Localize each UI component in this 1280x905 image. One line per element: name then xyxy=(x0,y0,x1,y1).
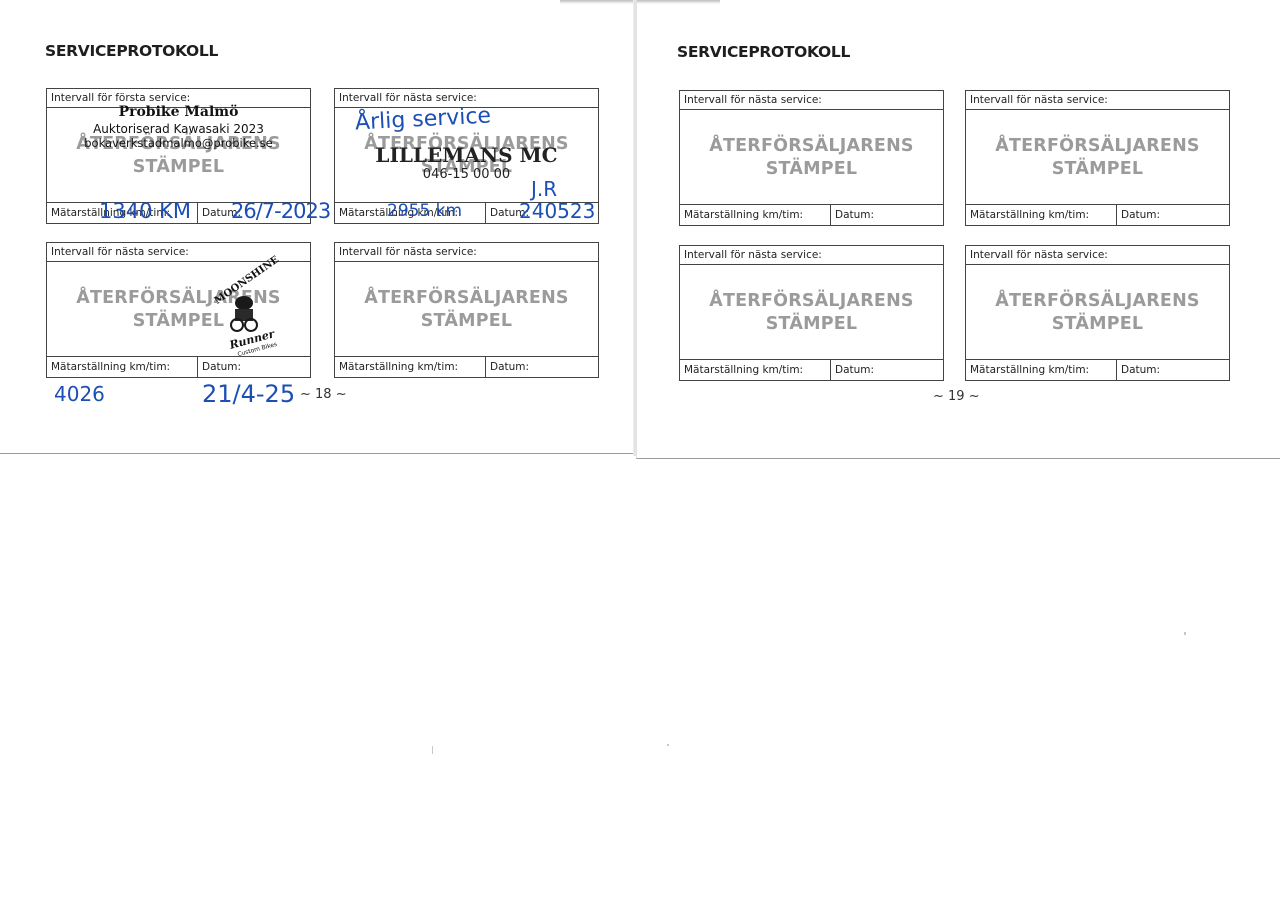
stamp-placeholder-line2: STÄMPEL xyxy=(47,156,310,179)
stamp-placeholder-line1: ÅTERFÖRSÄLJARENS xyxy=(680,290,943,313)
dealer-stamp-name: Probike Malmö xyxy=(47,104,310,120)
rider-illustration-icon xyxy=(227,293,261,333)
odometer-label: Mätarställning km/tim: xyxy=(51,357,170,377)
page-number: ~ 19 ~ xyxy=(933,389,980,404)
stamp-placeholder: ÅTERFÖRSÄLJARENS STÄMPEL xyxy=(966,290,1229,336)
handwritten-odometer: 2955 km xyxy=(387,201,462,221)
stamp-placeholder-line1: ÅTERFÖRSÄLJARENS xyxy=(966,135,1229,158)
handwritten-initials: J.R xyxy=(531,177,557,201)
service-record-box-5: Intervall för nästa service: ÅTERFÖRSÄLJ… xyxy=(679,90,944,226)
stamp-placeholder-line1: ÅTERFÖRSÄLJARENS xyxy=(680,135,943,158)
box-footer: Mätarställning km/tim: Datum: xyxy=(47,356,310,377)
odometer-label: Mätarställning km/tim: xyxy=(970,360,1089,380)
dealer-stamp-phone: 046-15 00 00 xyxy=(335,167,598,182)
handwritten-odometer: 1340 KM xyxy=(99,199,191,223)
stamp-placeholder-line1: ÅTERFÖRSÄLJARENS xyxy=(335,287,598,310)
page-heading: SERVICEPROTOKOLL xyxy=(677,43,850,61)
stamp-placeholder: ÅTERFÖRSÄLJARENS STÄMPEL xyxy=(335,287,598,333)
service-record-box-1: Intervall för första service: ÅTERFÖRSÄL… xyxy=(46,88,311,224)
box-footer: Mätarställning km/tim: Datum: xyxy=(680,204,943,225)
footer-divider xyxy=(485,203,486,223)
stamp-placeholder: ÅTERFÖRSÄLJARENS STÄMPEL xyxy=(966,135,1229,181)
stamp-placeholder-line2: STÄMPEL xyxy=(966,158,1229,181)
stamp-placeholder-line2: STÄMPEL xyxy=(680,313,943,336)
service-record-box-6: Intervall för nästa service: ÅTERFÖRSÄLJ… xyxy=(965,90,1230,226)
date-label: Datum: xyxy=(835,205,874,225)
date-label: Datum: xyxy=(1121,205,1160,225)
date-label: Datum: xyxy=(490,357,529,377)
service-record-box-7: Intervall för nästa service: ÅTERFÖRSÄLJ… xyxy=(679,245,944,381)
stamp-placeholder: ÅTERFÖRSÄLJARENS STÄMPEL xyxy=(680,135,943,181)
page-heading: SERVICEPROTOKOLL xyxy=(45,42,218,60)
odometer-label: Mätarställning km/tim: xyxy=(970,205,1089,225)
booklet-spread: SERVICEPROTOKOLL Intervall för första se… xyxy=(0,0,1280,460)
date-label: Datum: xyxy=(202,357,241,377)
stamp-placeholder-line2: STÄMPEL xyxy=(680,158,943,181)
service-record-box-4: Intervall för nästa service: ÅTERFÖRSÄLJ… xyxy=(334,242,599,378)
date-label: Datum: xyxy=(1121,360,1160,380)
box-footer: Mätarställning km/tim: Datum: xyxy=(680,359,943,380)
handwritten-date-box-3: 21/4-25 xyxy=(202,380,295,408)
interval-label: Intervall för nästa service: xyxy=(680,91,943,110)
interval-label: Intervall för nästa service: xyxy=(680,246,943,265)
odometer-label: Mätarställning km/tim: xyxy=(339,357,458,377)
handwritten-odometer-box-3: 4026 xyxy=(54,382,105,406)
box-footer: Mätarställning km/tim: Datum: xyxy=(335,356,598,377)
box-footer: Mätarställning km/tim: Datum: xyxy=(966,204,1229,225)
stamp-placeholder: ÅTERFÖRSÄLJARENS STÄMPEL xyxy=(680,290,943,336)
odometer-label: Mätarställning km/tim: xyxy=(684,360,803,380)
handwritten-note: Årlig service xyxy=(354,103,491,135)
box-footer: Mätarställning km/tim: Datum: xyxy=(966,359,1229,380)
footer-divider xyxy=(830,205,831,225)
interval-label: Intervall för nästa service: xyxy=(335,243,598,262)
scan-speck xyxy=(432,746,433,754)
scan-speck xyxy=(1184,632,1186,635)
stamp-placeholder-line2: STÄMPEL xyxy=(335,310,598,333)
handwritten-date: 26/7-2023 xyxy=(231,199,330,223)
moonshine-runner-stamp: MOONSHINE Runner Custom Bikes xyxy=(215,269,275,359)
page-number: ~ 18 ~ xyxy=(300,387,347,402)
service-record-box-2: Intervall för nästa service: ÅTERFÖRSÄLJ… xyxy=(334,88,599,224)
stamp-placeholder-line1: ÅTERFÖRSÄLJARENS xyxy=(966,290,1229,313)
interval-label: Intervall för nästa service: xyxy=(966,91,1229,110)
footer-divider xyxy=(197,357,198,377)
footer-divider xyxy=(1116,360,1117,380)
stamp-placeholder-line2: STÄMPEL xyxy=(966,313,1229,336)
date-label: Datum: xyxy=(835,360,874,380)
footer-divider xyxy=(830,360,831,380)
footer-divider xyxy=(197,203,198,223)
footer-divider xyxy=(485,357,486,377)
service-record-box-3: Intervall för nästa service: ÅTERFÖRSÄLJ… xyxy=(46,242,311,378)
scan-speck xyxy=(667,744,669,746)
dealer-stamp-email: bokaverkstadmalmo@probike.se xyxy=(47,136,310,150)
handwritten-date: 240523 xyxy=(519,199,595,223)
dealer-stamp-name: LILLEMANS MC xyxy=(335,143,598,167)
interval-label: Intervall för nästa service: xyxy=(966,246,1229,265)
service-record-box-8: Intervall för nästa service: ÅTERFÖRSÄLJ… xyxy=(965,245,1230,381)
right-page: SERVICEPROTOKOLL Intervall för nästa ser… xyxy=(636,0,1280,459)
odometer-label: Mätarställning km/tim: xyxy=(684,205,803,225)
footer-divider xyxy=(1116,205,1117,225)
left-page: SERVICEPROTOKOLL Intervall för första se… xyxy=(0,0,634,454)
dealer-stamp-line2: Auktoriserad Kawasaki 2023 xyxy=(47,122,310,136)
